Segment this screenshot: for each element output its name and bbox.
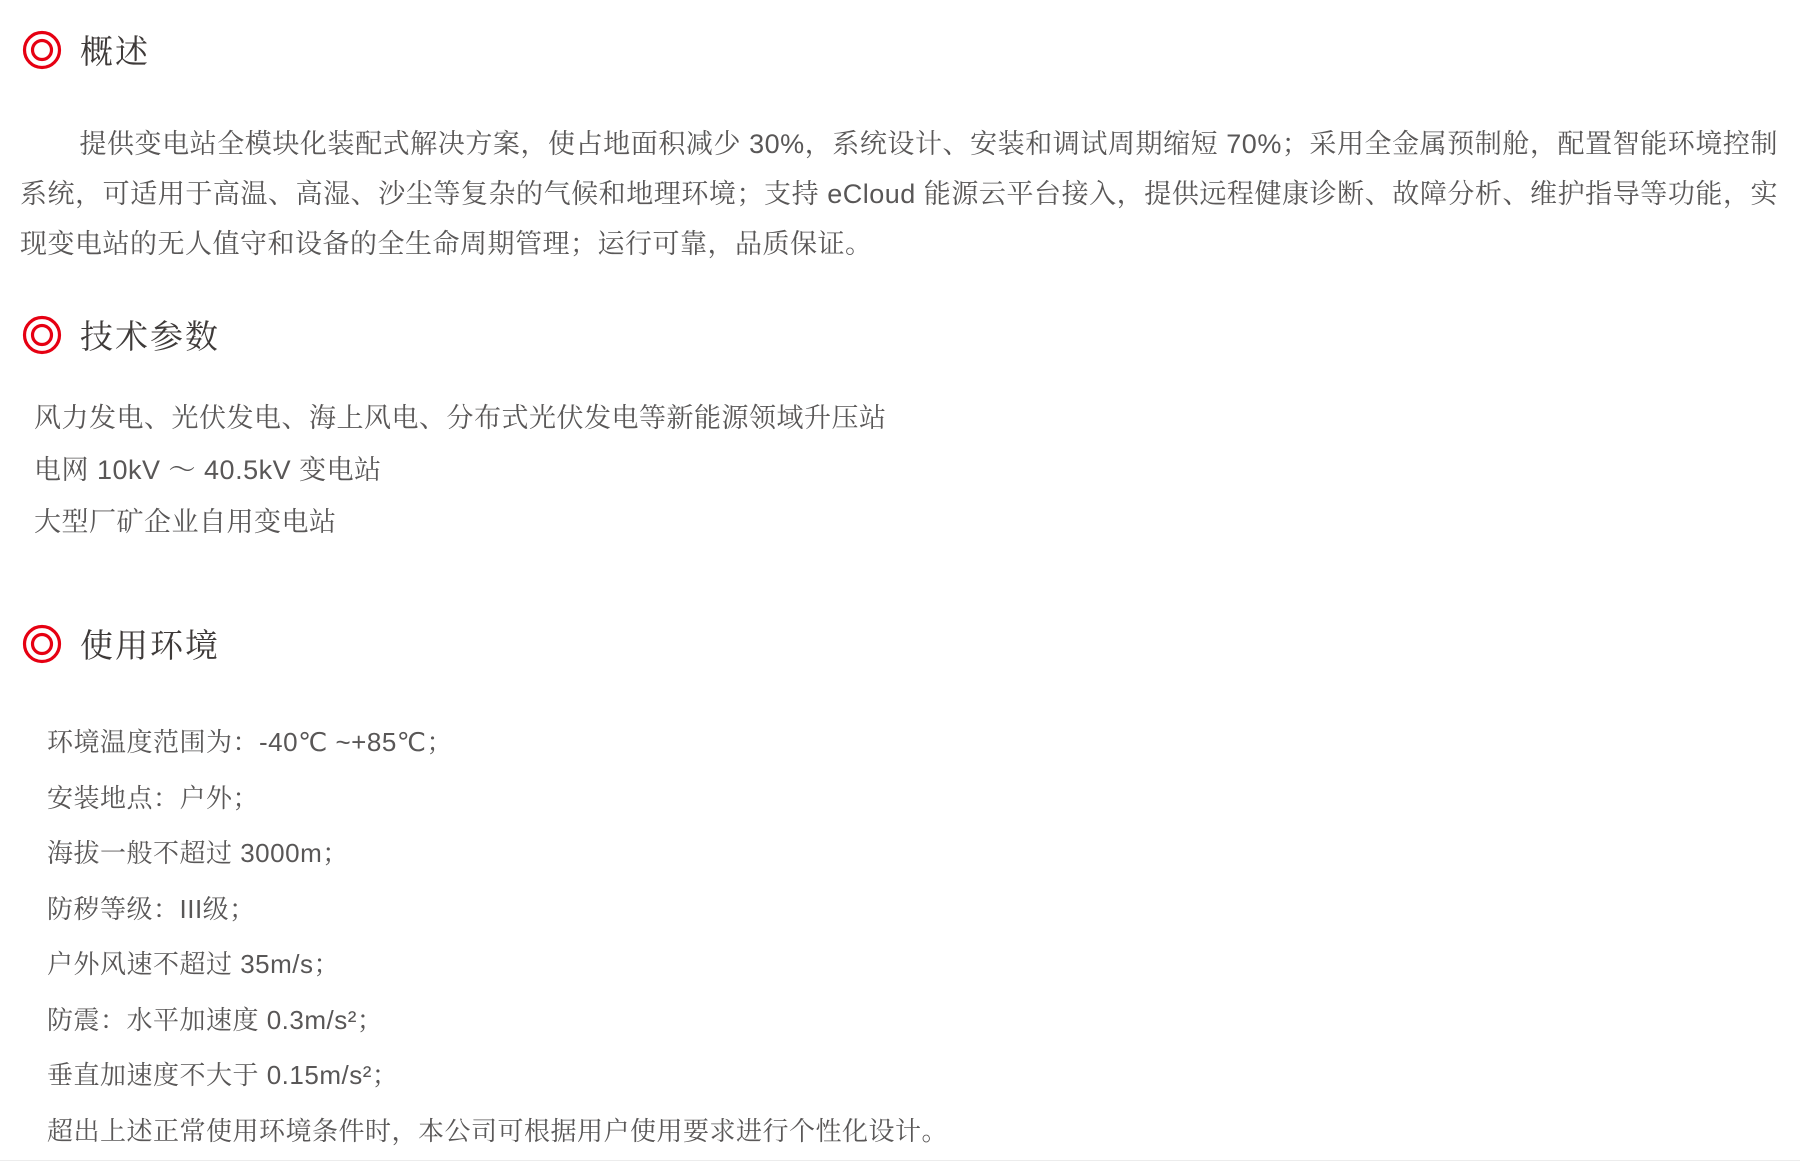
- tech-params-list: 风力发电、光伏发电、海上风电、分布式光伏发电等新能源领域升压站 电网 10kV …: [0, 392, 1800, 548]
- environment-list: 环境温度范围为：-40℃ ~+85℃； 安装地点：户外； 海拔一般不超过 300…: [0, 715, 1800, 1159]
- environment-item: 环境温度范围为：-40℃ ~+85℃；: [47, 715, 1800, 771]
- double-ring-bullet-icon: [22, 315, 62, 355]
- double-ring-bullet-icon: [22, 30, 62, 70]
- section-header-environment: 使用环境: [0, 620, 1800, 667]
- section-title-tech-params: 技术参数: [80, 311, 220, 358]
- environment-item: 户外风速不超过 35m/s；: [47, 937, 1800, 993]
- bottom-divider: [0, 1160, 1800, 1161]
- section-header-tech-params: 技术参数: [0, 311, 1800, 358]
- section-title-environment: 使用环境: [80, 620, 220, 667]
- section-header-overview: 概述: [0, 0, 1800, 73]
- overview-paragraph: 提供变电站全模块化装配式解决方案，使占地面积减少 30%，系统设计、安装和调试周…: [20, 119, 1778, 269]
- environment-item: 海拔一般不超过 3000m；: [47, 826, 1800, 882]
- environment-item: 垂直加速度不大于 0.15m/s²；: [47, 1048, 1800, 1104]
- environment-item: 防秽等级：III级；: [47, 882, 1800, 938]
- tech-params-item: 大型厂矿企业自用变电站: [34, 496, 1800, 548]
- product-spec-document: 概述 提供变电站全模块化装配式解决方案，使占地面积减少 30%，系统设计、安装和…: [0, 0, 1800, 1165]
- section-title-overview: 概述: [80, 26, 150, 73]
- tech-params-item: 电网 10kV ～ 40.5kV 变电站: [34, 444, 1800, 496]
- environment-item: 安装地点：户外；: [47, 771, 1800, 827]
- tech-params-item: 风力发电、光伏发电、海上风电、分布式光伏发电等新能源领域升压站: [34, 392, 1800, 444]
- environment-item: 防震：水平加速度 0.3m/s²；: [47, 993, 1800, 1049]
- environment-item: 超出上述正常使用环境条件时，本公司可根据用户使用要求进行个性化设计。: [47, 1104, 1800, 1160]
- double-ring-bullet-icon: [22, 624, 62, 664]
